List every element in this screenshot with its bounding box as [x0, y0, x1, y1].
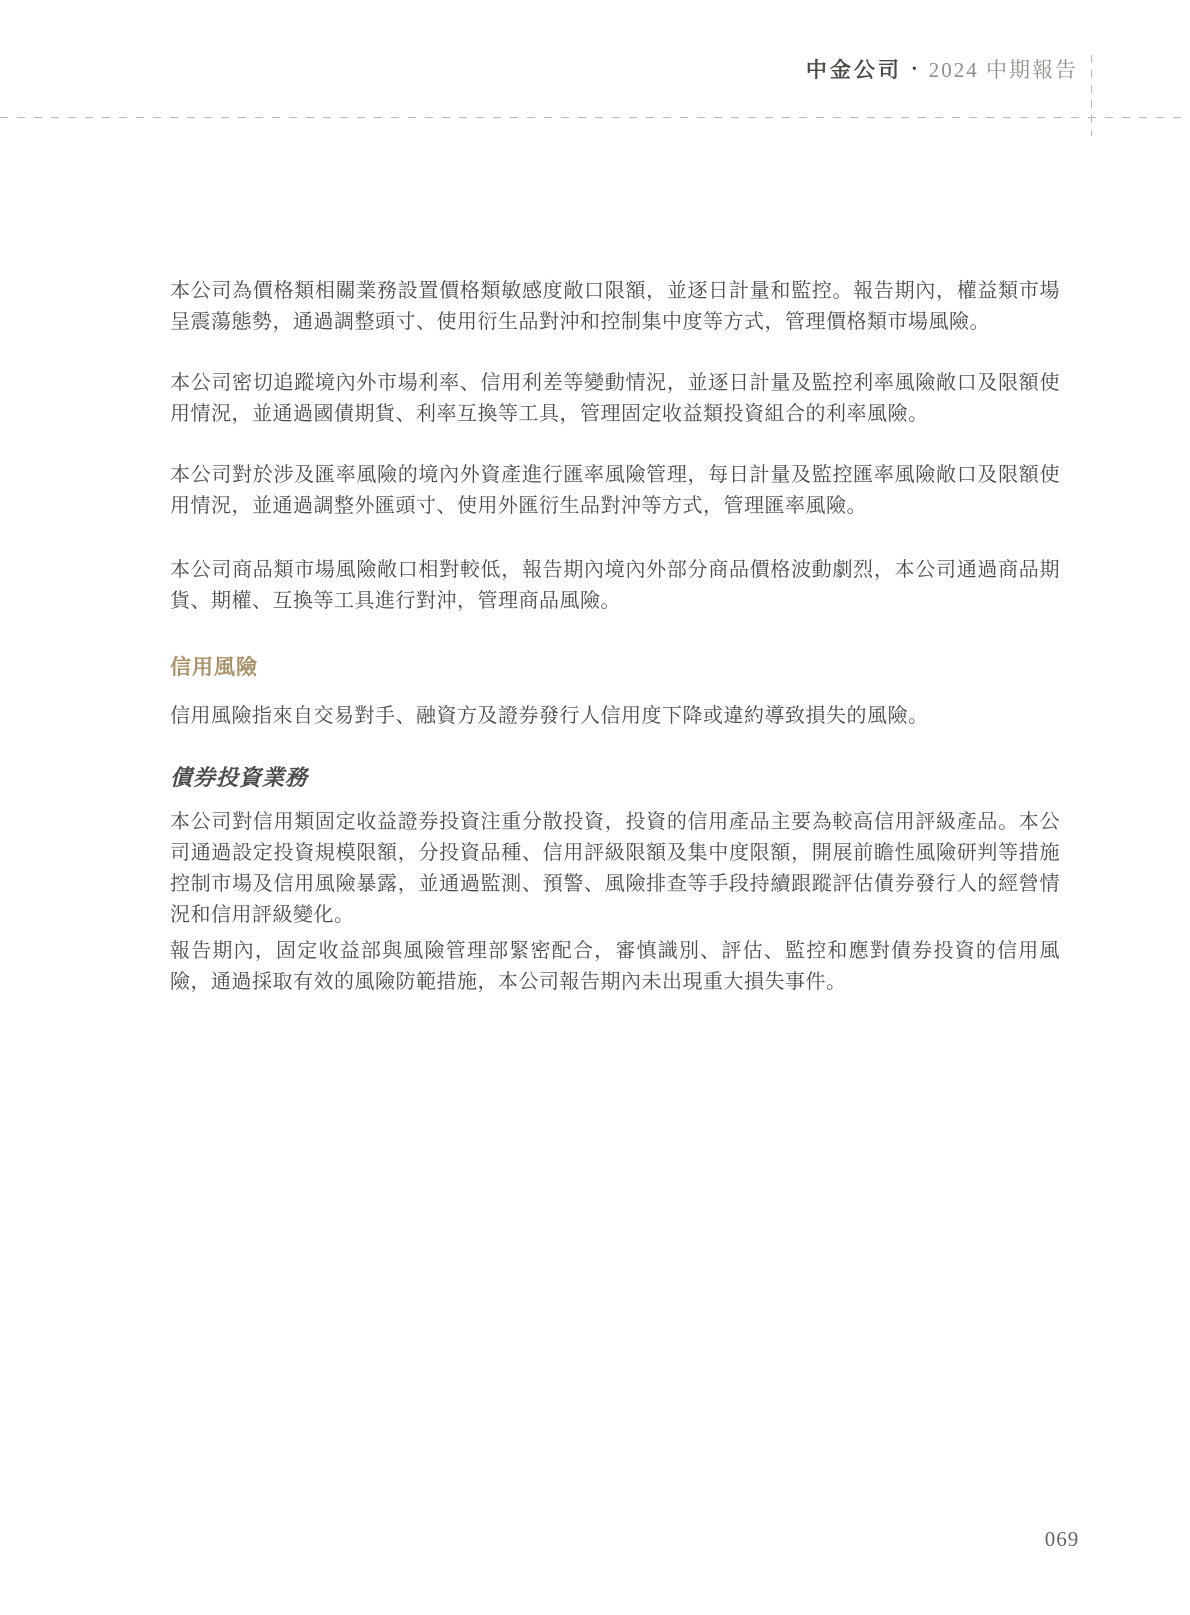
paragraph-bond-investment-2: 報告期內，固定收益部與風險管理部緊密配合，審慎識別、評估、監控和應對債券投資的信…: [170, 936, 1060, 998]
section-heading-credit-risk: 信用風險: [170, 652, 1060, 683]
subsection-heading-bond-investment: 債券投資業務: [170, 762, 1060, 793]
paragraph-commodity-risk: 本公司商品類市場風險敞口相對較低，報告期內境內外部分商品價格波動劇烈，本公司通過…: [170, 555, 1060, 617]
header-divider-line: [0, 117, 1190, 118]
paragraph-interest-rate-risk: 本公司密切追蹤境內外市場利率、信用利差等變動情況，並逐日計量及監控利率風險敞口及…: [170, 368, 1060, 430]
paragraph-credit-risk-definition: 信用風險指來自交易對手、融資方及證券發行人信用度下降或違約導致損失的風險。: [170, 701, 1060, 732]
header-vertical-rule: [1091, 55, 1092, 136]
report-title: 2024 中期報告: [929, 58, 1078, 82]
bullet-separator-icon: •: [912, 58, 917, 82]
page-number: 069: [1018, 1527, 1106, 1552]
company-name: 中金公司: [806, 58, 902, 82]
paragraph-bond-investment-1: 本公司對信用類固定收益證券投資注重分散投資，投資的信用產品主要為較高信用評級產品…: [170, 807, 1060, 931]
paragraph-price-risk: 本公司為價格類相關業務設置價格類敏感度敞口限額，並逐日計量和監控。報告期內，權益…: [170, 276, 1060, 338]
paragraph-exchange-rate-risk: 本公司對於涉及匯率風險的境內外資產進行匯率風險管理，每日計量及監控匯率風險敞口及…: [170, 460, 1060, 522]
page-header: 中金公司 • 2024 中期報告: [806, 58, 1078, 82]
report-page: 中金公司 • 2024 中期報告 本公司為價格類相關業務設置價格類敏感度敞口限額…: [0, 0, 1190, 1615]
